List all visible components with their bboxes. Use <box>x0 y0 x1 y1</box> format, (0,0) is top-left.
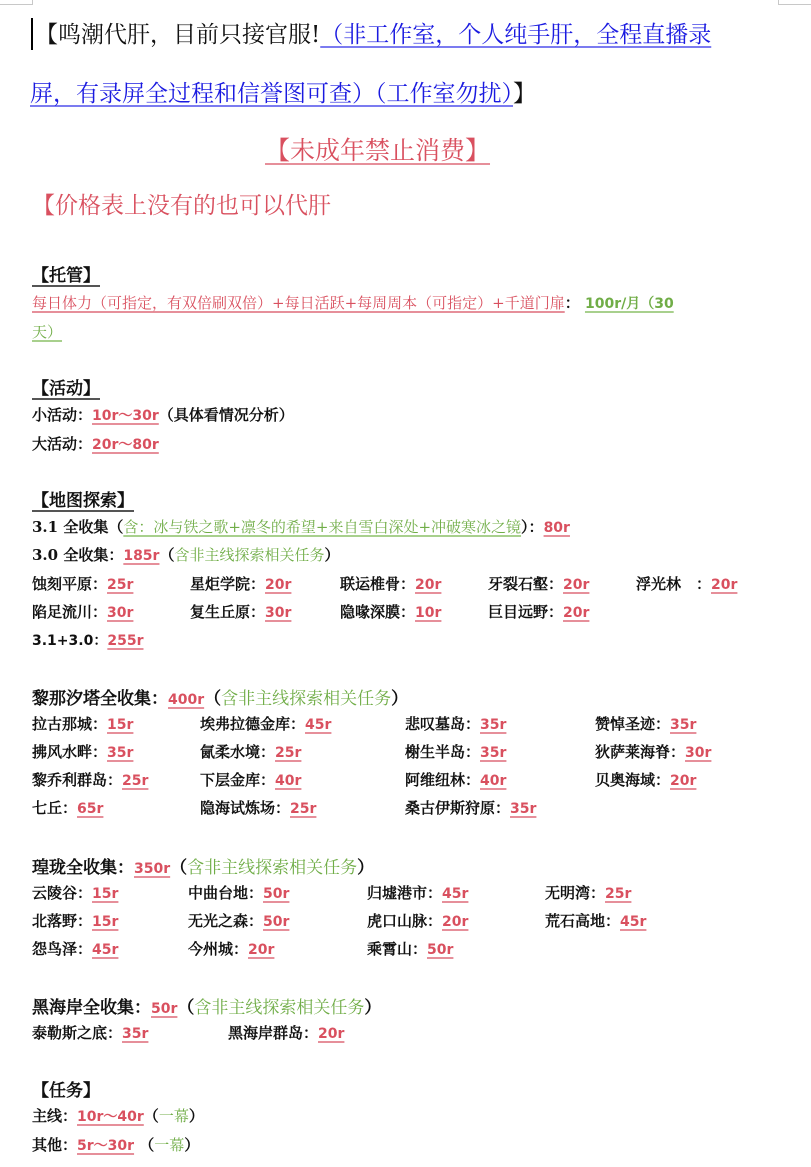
page-corner-mark-left <box>0 0 33 5</box>
minor-banner: 【未成年禁止消费】 <box>265 131 490 167</box>
region-label: 归墟港市： <box>367 884 442 902</box>
region-item: 北落野：15r <box>32 910 118 931</box>
region-label: 拂风水畔： <box>32 743 107 761</box>
ditu-v31-line: 3.1 全收集（含：冰与铁之歌+凛冬的希望+来自雪白深处+冲破寒冰之镜）：80r <box>32 516 570 537</box>
region-price: 25r <box>605 886 631 902</box>
region-price: 65r <box>77 801 103 817</box>
page-corner-mark-right <box>778 0 811 5</box>
region-item: 泰勒斯之底：35r <box>32 1022 148 1043</box>
region-label: 隐喙深膜： <box>340 603 415 621</box>
region-item: 乘霄山：50r <box>367 938 453 959</box>
region-price: 20r <box>415 577 441 593</box>
paren-close: ） <box>391 689 408 709</box>
region-label: 牙裂石壑： <box>488 575 563 593</box>
region-item: 拉古那城：15r <box>32 713 133 734</box>
region-label: 黑海岸群岛： <box>228 1024 318 1042</box>
jinglong-price: 350r <box>134 861 170 877</box>
paren-close: ） <box>325 546 340 564</box>
region-label: 埃弗拉德金库： <box>200 715 305 733</box>
paren-open: （ <box>177 998 194 1018</box>
combo-price: 255r <box>107 633 143 649</box>
region-item: 贝奥海域：20r <box>595 769 696 790</box>
item-price: 10r～30r <box>92 408 159 424</box>
v30-label: 3.0 全收集： <box>32 546 123 564</box>
region-label: 荒石高地： <box>545 912 620 930</box>
region-price: 45r <box>305 717 331 733</box>
tuoguan-price: 100r/月（30 <box>585 296 674 312</box>
item-label: 小活动： <box>32 406 92 424</box>
jinglong-header: 瑝珑全收集：350r（含非主线探索相关任务） <box>32 853 374 878</box>
region-label: 黎乔利群岛： <box>32 771 122 789</box>
item-price: 5r～30r <box>77 1138 134 1154</box>
region-price: 40r <box>275 773 301 789</box>
region-item: 榭生半岛：35r <box>405 741 506 762</box>
huodong-item-large: 大活动：20r～80r <box>32 433 159 454</box>
region-item: 归墟港市：45r <box>367 882 468 903</box>
region-price: 15r <box>92 914 118 930</box>
paren-open: （ <box>159 546 174 564</box>
linaxita-label: 黎那汐塔全收集： <box>32 689 168 709</box>
region-item: 黎乔利群岛：25r <box>32 769 148 790</box>
heihaian-note: 含非主线探索相关任务 <box>194 998 364 1018</box>
text-cursor <box>31 18 33 50</box>
region-item: 七丘：65r <box>32 797 103 818</box>
region-price: 20r <box>248 942 274 958</box>
region-item: 悲叹墓岛：35r <box>405 713 506 734</box>
region-price: 30r <box>265 605 291 621</box>
section-title-ditu: 【地图探索】 <box>32 486 134 511</box>
region-price: 35r <box>107 745 133 761</box>
region-price: 50r <box>427 942 453 958</box>
region-item: 牙裂石壑：20r <box>488 573 589 594</box>
region-price: 25r <box>275 745 301 761</box>
region-price: 45r <box>620 914 646 930</box>
v31-price: 80r <box>544 520 570 536</box>
header-link-part-1[interactable]: （非工作室，个人纯手肝，全程直播录 <box>320 22 711 48</box>
region-item: 联运椎骨：20r <box>340 573 441 594</box>
region-item: 虎口山脉：20r <box>367 910 468 931</box>
heihaian-label: 黑海岸全收集： <box>32 998 151 1018</box>
region-price: 10r <box>415 605 441 621</box>
jinglong-note: 含非主线探索相关任务 <box>187 858 357 878</box>
region-price: 15r <box>92 886 118 902</box>
item-note: （具体看情况分析） <box>159 406 294 424</box>
linaxita-header: 黎那汐塔全收集：400r（含非主线探索相关任务） <box>32 684 408 709</box>
region-item: 埃弗拉德金库：45r <box>200 713 331 734</box>
tuoguan-desc-line: 每日体力（可指定，有双倍刷双倍）+每日活跃+每周周本（可指定）+千道门扉： 10… <box>32 292 674 313</box>
region-item: 云陵谷：15r <box>32 882 118 903</box>
region-label: 北落野： <box>32 912 92 930</box>
region-price: 25r <box>107 577 133 593</box>
region-label: 榭生半岛： <box>405 743 480 761</box>
region-label: 阿维纽林： <box>405 771 480 789</box>
region-label: 虎口山脉： <box>367 912 442 930</box>
item-label: 大活动： <box>32 435 92 453</box>
region-price: 20r <box>265 577 291 593</box>
region-label: 贝奥海域： <box>595 771 670 789</box>
region-item: 狄萨莱海脊：30r <box>595 741 711 762</box>
paren-close: ） <box>184 1136 199 1154</box>
heihaian-header: 黑海岸全收集：50r（含非主线探索相关任务） <box>32 993 381 1018</box>
region-label: 浮光林 ： <box>636 575 711 593</box>
region-item: 下层金库：40r <box>200 769 301 790</box>
region-label: 今州城： <box>188 940 248 958</box>
paren-open: （ <box>204 689 221 709</box>
region-label: 蚀刻平原： <box>32 575 107 593</box>
region-label: 桑古伊斯狩原： <box>405 799 510 817</box>
heihaian-price: 50r <box>151 1001 177 1017</box>
region-item: 荒石高地：45r <box>545 910 646 931</box>
tuoguan-desc: 每日体力（可指定，有双倍刷双倍）+每日活跃+每周周本（可指定）+千道门扉 <box>32 294 565 312</box>
header-prefix: 【鸣潮代肝，目前只接官服! <box>35 22 320 48</box>
paren-open: （ <box>134 1136 154 1154</box>
region-label: 陷足流川： <box>32 603 107 621</box>
paren-open: （ <box>170 858 187 878</box>
item-label: 其他： <box>32 1136 77 1154</box>
ditu-combo-line: 3.1+3.0：255r <box>32 630 143 650</box>
region-label: 悲叹墓岛： <box>405 715 480 733</box>
tuoguan-price-cont-line: 天） <box>32 321 62 342</box>
region-label: 无光之森： <box>188 912 263 930</box>
region-price: 15r <box>107 717 133 733</box>
region-label: 狄萨莱海脊： <box>595 743 685 761</box>
region-label: 云陵谷： <box>32 884 92 902</box>
region-label: 无明湾： <box>545 884 605 902</box>
region-price: 35r <box>510 801 536 817</box>
region-label: 七丘： <box>32 799 77 817</box>
header-link-part-2[interactable]: 屏，有录屏全过程和信誉图可查）（工作室勿扰） <box>30 81 513 107</box>
region-label: 泰勒斯之底： <box>32 1024 122 1042</box>
item-price: 20r～80r <box>92 437 159 453</box>
combo-label: 3.1+3.0： <box>32 633 107 649</box>
region-label: 乘霄山： <box>367 940 427 958</box>
region-price: 45r <box>442 886 468 902</box>
note-banner: 【价格表上没有的也可以代肝 <box>32 187 331 220</box>
region-price: 20r <box>670 773 696 789</box>
item-note: 一幕 <box>159 1107 189 1125</box>
region-item: 中曲台地：50r <box>188 882 289 903</box>
region-price: 30r <box>685 745 711 761</box>
region-price: 35r <box>122 1026 148 1042</box>
v31-close: ）： <box>521 518 544 536</box>
region-item: 阿维纽林：40r <box>405 769 506 790</box>
region-item: 蚀刻平原：25r <box>32 573 133 594</box>
region-price: 20r <box>563 605 589 621</box>
jinglong-label: 瑝珑全收集： <box>32 858 134 878</box>
region-item: 星炬学院：20r <box>190 573 291 594</box>
region-item: 拂风水畔：35r <box>32 741 133 762</box>
region-price: 20r <box>563 577 589 593</box>
region-price: 20r <box>442 914 468 930</box>
header-suffix: 】 <box>513 81 536 107</box>
region-item: 隐海试炼场：25r <box>200 797 316 818</box>
v30-price: 185r <box>123 548 159 564</box>
region-price: 25r <box>122 773 148 789</box>
region-price: 35r <box>480 717 506 733</box>
tuoguan-colon: ： <box>565 294 580 312</box>
v30-note: 含非主线探索相关任务 <box>174 546 324 564</box>
tuoguan-price-cont: 天） <box>32 323 62 341</box>
region-label: 氤柔水境： <box>200 743 275 761</box>
region-item: 今州城：20r <box>188 938 274 959</box>
region-item: 无光之森：50r <box>188 910 289 931</box>
region-item: 巨目远野：20r <box>488 601 589 622</box>
item-label: 主线： <box>32 1107 77 1125</box>
v31-include: 含：冰与铁之歌+凛冬的希望+来自雪白深处+冲破寒冰之镜 <box>123 518 521 536</box>
region-price: 20r <box>711 577 737 593</box>
section-title-tuoguan: 【托管】 <box>32 261 100 286</box>
region-item: 桑古伊斯狩原：35r <box>405 797 536 818</box>
region-price: 20r <box>318 1026 344 1042</box>
item-price: 10r～40r <box>77 1109 144 1125</box>
renwu-item-main: 主线：10r～40r（一幕） <box>32 1105 204 1126</box>
region-item: 氤柔水境：25r <box>200 741 301 762</box>
region-price: 35r <box>480 745 506 761</box>
region-item: 黑海岸群岛：20r <box>228 1022 344 1043</box>
region-price: 50r <box>263 914 289 930</box>
region-label: 下层金库： <box>200 771 275 789</box>
region-label: 怨鸟泽： <box>32 940 92 958</box>
region-label: 巨目远野： <box>488 603 563 621</box>
region-item: 复生丘原：30r <box>190 601 291 622</box>
renwu-item-other: 其他：5r～30r （一幕） <box>32 1134 199 1155</box>
region-item: 怨鸟泽：45r <box>32 938 118 959</box>
linaxita-price: 400r <box>168 692 204 708</box>
paren-close: ） <box>189 1107 204 1125</box>
region-label: 联运椎骨： <box>340 575 415 593</box>
region-item: 陷足流川：30r <box>32 601 133 622</box>
section-title-huodong: 【活动】 <box>32 374 100 399</box>
region-price: 30r <box>107 605 133 621</box>
region-label: 隐海试炼场： <box>200 799 290 817</box>
region-price: 40r <box>480 773 506 789</box>
region-price: 25r <box>290 801 316 817</box>
item-note: 一幕 <box>154 1136 184 1154</box>
header-line-2: 屏，有录屏全过程和信誉图可查）（工作室勿扰）】 <box>30 75 536 108</box>
ditu-v30-line: 3.0 全收集：185r（含非主线探索相关任务） <box>32 544 340 565</box>
section-title-renwu: 【任务】 <box>32 1076 100 1101</box>
region-item: 隐喙深膜：10r <box>340 601 441 622</box>
paren-close: ） <box>364 998 381 1018</box>
paren-close: ） <box>357 858 374 878</box>
region-label: 拉古那城： <box>32 715 107 733</box>
region-item: 赞悼圣迹：35r <box>595 713 696 734</box>
region-label: 中曲台地： <box>188 884 263 902</box>
region-price: 50r <box>263 886 289 902</box>
region-item: 无明湾：25r <box>545 882 631 903</box>
header-line-1: 【鸣潮代肝，目前只接官服!（非工作室，个人纯手肝，全程直播录 <box>35 16 711 49</box>
region-label: 复生丘原： <box>190 603 265 621</box>
huodong-item-small: 小活动：10r～30r（具体看情况分析） <box>32 404 294 425</box>
v31-label: 3.1 全收集（ <box>32 518 123 536</box>
region-label: 星炬学院： <box>190 575 265 593</box>
region-item: 浮光林 ：20r <box>636 573 737 594</box>
region-price: 35r <box>670 717 696 733</box>
region-label: 赞悼圣迹： <box>595 715 670 733</box>
region-price: 45r <box>92 942 118 958</box>
paren-open: （ <box>144 1107 159 1125</box>
linaxita-note: 含非主线探索相关任务 <box>221 689 391 709</box>
